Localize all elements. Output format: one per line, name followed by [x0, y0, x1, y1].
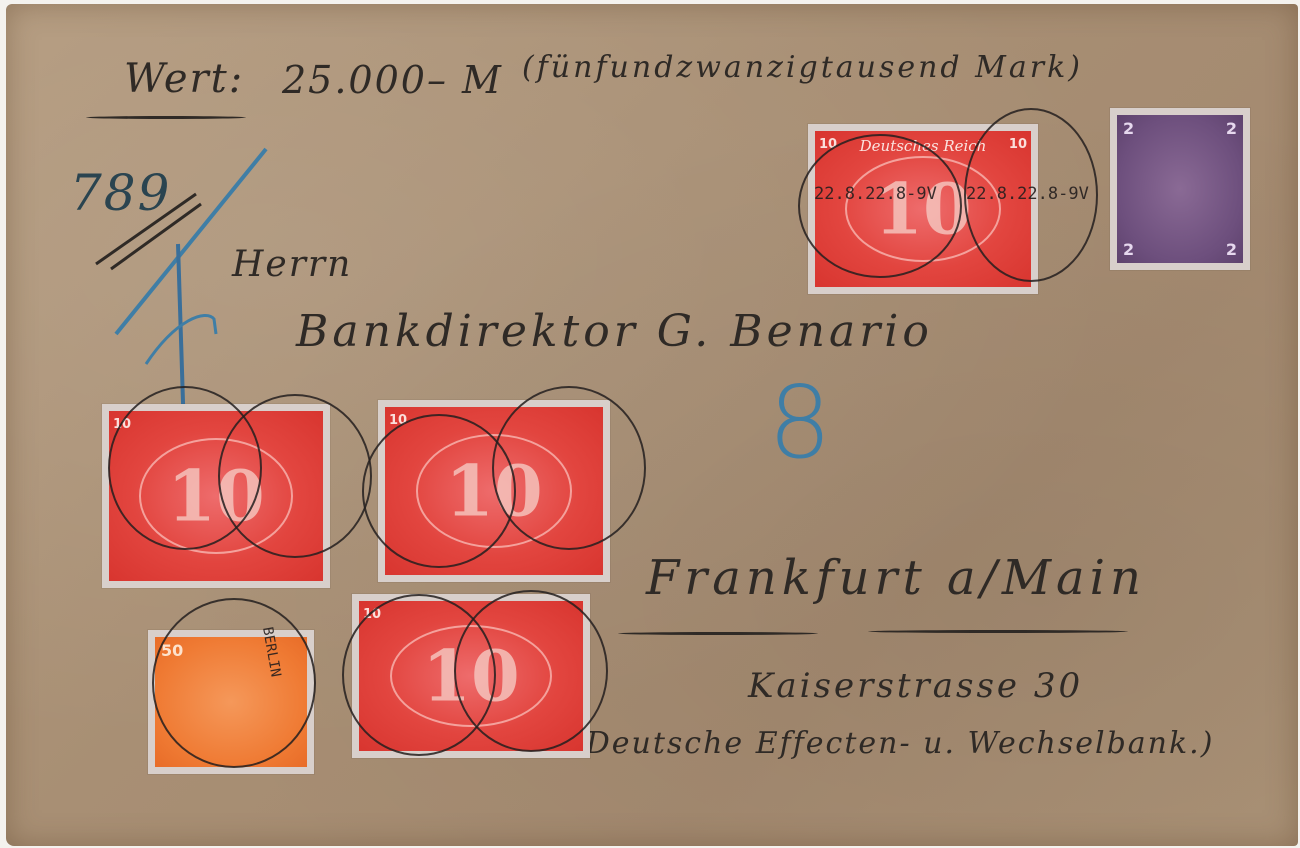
postmark-date-top: 22.8.22.8-9V [814, 184, 937, 204]
postmark-mid-2 [218, 394, 372, 558]
postmark-mid-3 [362, 414, 516, 568]
address-city: Frankfurt a/Main [646, 550, 1146, 606]
postmark-bottom-1 [152, 598, 316, 768]
value-amount: 25.000– M [282, 58, 503, 102]
address-institution: (Deutsche Effecten- u. Wechselbank.) [572, 726, 1214, 761]
address-salutation: Herrn [232, 244, 352, 285]
value-label: Wert: [124, 56, 244, 102]
postmark-date-top-2: 22.8.22.8-9V [966, 184, 1089, 204]
stamp-corner-value: 2 [1123, 119, 1134, 138]
envelope: Wert: 25.000– M (fünfundzwanzigtausend M… [6, 4, 1298, 846]
value-label-underline [86, 116, 246, 119]
stamp-2-mark: 2 2 2 2 [1110, 108, 1250, 270]
stamp-corner-value: 2 [1123, 240, 1134, 259]
stamp-corner-value: 2 [1226, 119, 1237, 138]
postmark-top-left [798, 134, 962, 278]
postmark-mid-4 [492, 386, 646, 550]
stamp-corner-value: 2 [1226, 240, 1237, 259]
address-city-underline [618, 632, 818, 635]
postmark-bottom-3 [454, 590, 608, 752]
value-in-words: (fünfundzwanzigtausend Mark) [522, 50, 1083, 85]
blue-pencil-number: 8 [768, 364, 834, 481]
address-recipient: Bankdirektor G. Benario [296, 306, 933, 357]
address-city-underline-2 [868, 630, 1128, 633]
address-street: Kaiserstrasse 30 [748, 666, 1083, 706]
